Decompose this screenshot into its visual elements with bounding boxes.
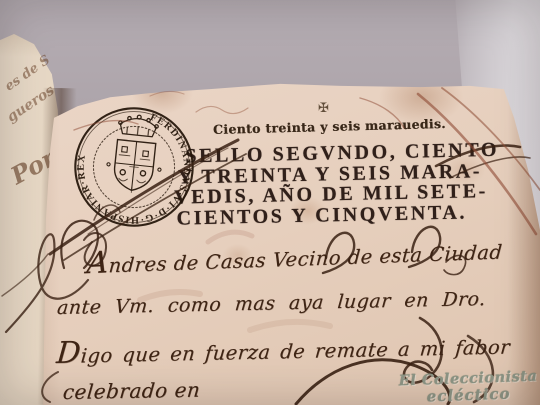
watermark: El Coleccionista ecléctico [399, 369, 539, 404]
cross-mark-icon: ✠ [318, 101, 329, 116]
seal-shield-icon [112, 140, 156, 195]
handwriting-line-4: celebrado en [62, 378, 202, 404]
stamp-duty-text-block: SELLO SEGVNDO, CIENTO Y TREINTA Y SEIS M… [173, 139, 520, 228]
royal-seal-stamp: FERDINANDVS·VI·D·G·HISPANIAR·REX [64, 97, 205, 238]
photo-frame: es de S gueros Por ✠ Ciento treinta y se… [0, 0, 540, 405]
